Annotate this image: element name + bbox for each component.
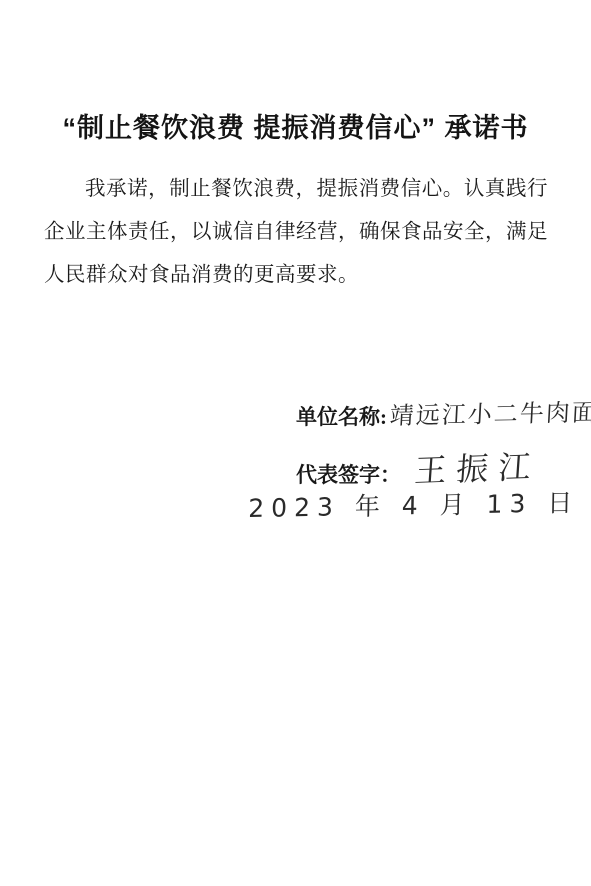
- unit-name-row: 单位名称:靖远江小二牛肉面馆: [296, 396, 591, 431]
- document-title: “制止餐饮浪费 提振消费信心” 承诺书: [0, 106, 591, 145]
- body-paragraph: 我承诺，制止餐饮浪费，提振消费信心。认真践行企业主体责任，以诚信自律经营，确保食…: [44, 168, 548, 297]
- unit-name-handwritten: 靖远江小二牛肉面馆: [389, 392, 591, 431]
- signature-date-row: 2023 年 4 月 13 日: [248, 489, 579, 525]
- representative-signature-label: 代表签字：: [296, 463, 401, 487]
- unit-name-label: 单位名称:: [296, 405, 387, 429]
- signature-date-handwritten: 2023 年 4 月 13 日: [248, 483, 580, 525]
- pledge-document-page: “制止餐饮浪费 提振消费信心” 承诺书 我承诺，制止餐饮浪费，提振消费信心。认真…: [0, 0, 591, 886]
